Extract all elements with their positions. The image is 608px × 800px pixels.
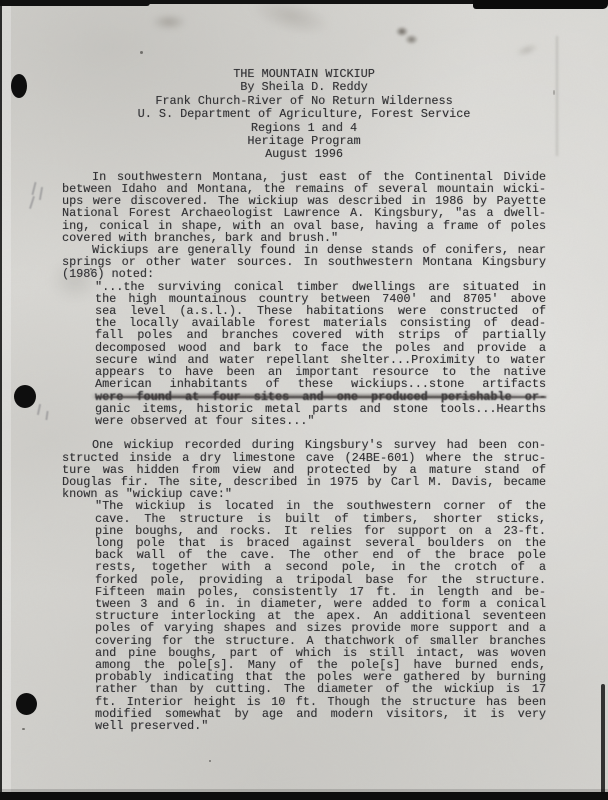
scan-edge-top-right xyxy=(473,0,608,9)
scan-edge-bottom xyxy=(0,792,608,800)
ink-speck xyxy=(140,51,143,54)
text-line: "The wickiup is located in the southwest… xyxy=(95,500,546,512)
text-line: American inhabitants of these wickiups..… xyxy=(95,378,546,390)
block-quote: "The wickiup is located in the southwest… xyxy=(62,500,546,732)
text-line: rather than by cutting. The diameter of … xyxy=(95,683,546,695)
header-line: Regions 1 and 4 xyxy=(62,122,546,135)
smudge-mark xyxy=(394,25,410,38)
document-content: THE MOUNTAIN WICKIUPBy Sheila D. ReddyFr… xyxy=(62,68,546,732)
text-line: cave. The structure is built of timbers,… xyxy=(95,513,546,525)
text-line: (1986) noted: xyxy=(62,268,546,280)
pencil-stroke xyxy=(45,411,48,420)
text-line: poles of varying shapes and sizes provid… xyxy=(95,622,546,634)
scanned-document-page: THE MOUNTAIN WICKIUPBy Sheila D. ReddyFr… xyxy=(0,0,608,800)
text-line: One wickiup recorded during Kingsbury's … xyxy=(62,439,546,451)
scan-edge-left xyxy=(0,0,2,800)
hole-punch xyxy=(11,74,27,98)
header-line: U. S. Department of Agriculture, Forest … xyxy=(62,108,546,121)
header-line: Frank Church-River of No Return Wilderne… xyxy=(62,95,546,108)
scan-edge-shadow xyxy=(0,789,608,792)
header-line: Heritage Program xyxy=(62,135,546,148)
text-line: structed inside a dry limestone cave (24… xyxy=(62,452,546,464)
stain-streak xyxy=(232,0,350,51)
pencil-stroke xyxy=(37,404,41,415)
text-line: forked pole, providing a tripodal base f… xyxy=(95,574,546,586)
header-line: August 1996 xyxy=(62,148,546,161)
header-line: By Sheila D. Reddy xyxy=(62,81,546,94)
smudge-mark xyxy=(146,12,192,32)
text-line: well preserved." xyxy=(95,720,546,732)
ink-speck xyxy=(22,728,25,730)
text-line: rests, together with a second pole, in t… xyxy=(95,561,546,573)
smudge-mark xyxy=(403,33,420,46)
text-line: were found at four sites and one produce… xyxy=(95,391,546,403)
paragraph: One wickiup recorded during Kingsbury's … xyxy=(62,439,546,500)
pencil-stroke xyxy=(29,196,35,209)
header-line: THE MOUNTAIN WICKIUP xyxy=(62,68,546,81)
document-header: THE MOUNTAIN WICKIUPBy Sheila D. ReddyFr… xyxy=(62,68,546,162)
text-line: ft. Interior height is 10 ft. Though the… xyxy=(95,696,546,708)
scan-edge-top-left xyxy=(0,0,150,6)
scan-edge-highlight xyxy=(2,4,11,792)
paragraph: In southwestern Montana, just east of th… xyxy=(62,171,546,244)
document-body: In southwestern Montana, just east of th… xyxy=(62,171,546,732)
pencil-stroke xyxy=(31,182,36,195)
paragraph: Wickiups are generally found in dense st… xyxy=(62,244,546,281)
paper-crease xyxy=(556,36,558,156)
pencil-stroke xyxy=(39,187,43,200)
text-line: covering for the structure. A thatchwork… xyxy=(95,635,546,647)
smudge-mark xyxy=(511,39,543,61)
block-quote: "...the surviving conical timber dwellin… xyxy=(62,281,546,427)
text-line: National Forest Archaeologist Lawrence A… xyxy=(62,207,546,219)
ink-speck xyxy=(553,90,555,95)
ink-speck xyxy=(209,760,211,762)
scan-edge-right xyxy=(601,684,605,794)
scan-edge-top xyxy=(0,0,608,4)
text-line: were observed at four sites..." xyxy=(95,415,546,427)
hole-punch xyxy=(16,693,37,715)
hole-punch xyxy=(14,385,36,408)
text-line: fall poles and branches covered with str… xyxy=(95,329,546,341)
